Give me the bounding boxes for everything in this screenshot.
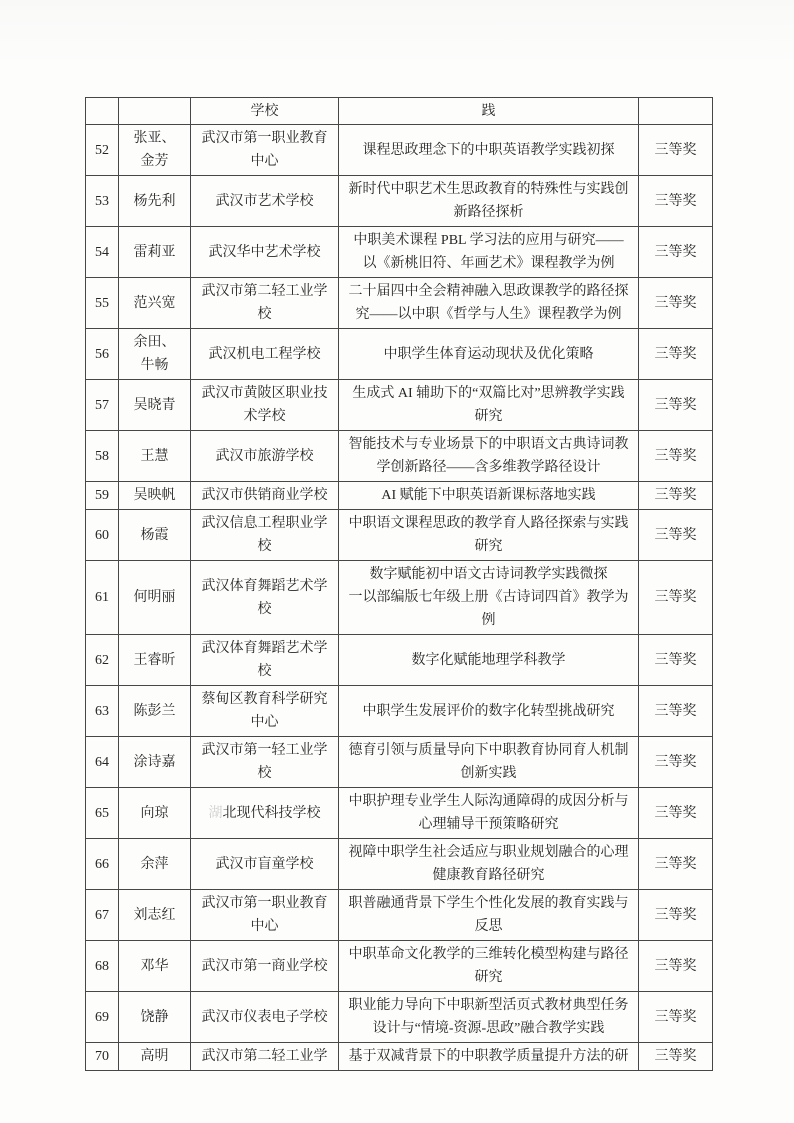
- title-cell: 职业能力导向下中职新型活页式教材典型任务设计与“情境-资源-思政”融合教学实践: [339, 992, 639, 1043]
- table-row: 63陈彭兰蔡甸区教育科学研究中心中职学生发展评价的数字化转型挑战研究三等奖: [86, 686, 713, 737]
- name-cell: 余萍: [119, 839, 191, 890]
- row-number-cell: 59: [86, 482, 119, 510]
- title-cell: 中职学生发展评价的数字化转型挑战研究: [339, 686, 639, 737]
- name-cell: 饶静: [119, 992, 191, 1043]
- row-number-cell: 70: [86, 1043, 119, 1071]
- name-cell: 何明丽: [119, 561, 191, 635]
- table-row: 53杨先利武汉市艺术学校新时代中职艺术生思政教育的特殊性与实践创新路径探析三等奖: [86, 176, 713, 227]
- title-cell: 中职护理专业学生人际沟通障碍的成因分析与心理辅导干预策略研究: [339, 788, 639, 839]
- table-row: 52张亚、金芳武汉市第一职业教育中心课程思政理念下的中职英语教学实践初探三等奖: [86, 125, 713, 176]
- award-cell: 三等奖: [639, 125, 713, 176]
- title-cell: 课程思政理念下的中职英语教学实践初探: [339, 125, 639, 176]
- award-cell: 三等奖: [639, 839, 713, 890]
- school-cell: 武汉市第二轻工业学校: [191, 278, 339, 329]
- name-cell: 王慧: [119, 431, 191, 482]
- table-row: 59吴映帆武汉市供销商业学校AI 赋能下中职英语新课标落地实践三等奖: [86, 482, 713, 510]
- award-cell: 三等奖: [639, 561, 713, 635]
- name-cell: 杨先利: [119, 176, 191, 227]
- title-cell: 基于双减背景下的中职教学质量提升方法的研: [339, 1043, 639, 1071]
- table-row: 67刘志红武汉市第一职业教育中心职普融通背景下学生个性化发展的教育实践与反思三等…: [86, 890, 713, 941]
- faded-character: 湖: [209, 806, 223, 821]
- name-cell: 向琼: [119, 788, 191, 839]
- name-cell: 邓华: [119, 941, 191, 992]
- row-number-cell: 58: [86, 431, 119, 482]
- row-number-cell: 57: [86, 380, 119, 431]
- table-row: 56余田、牛畅武汉机电工程学校中职学生体育运动现状及优化策略三等奖: [86, 329, 713, 380]
- school-cell: 武汉体育舞蹈艺术学校: [191, 635, 339, 686]
- name-cell: 范兴宽: [119, 278, 191, 329]
- school-cell: 武汉市第一商业学校: [191, 941, 339, 992]
- table-row: 64涂诗嘉武汉市第一轻工业学校德育引领与质量导向下中职教育协同育人机制创新实践三…: [86, 737, 713, 788]
- name-cell: 杨霞: [119, 510, 191, 561]
- award-cell: 三等奖: [639, 329, 713, 380]
- row-number-cell: 60: [86, 510, 119, 561]
- school-cell: 武汉市黄陂区职业技术学校: [191, 380, 339, 431]
- school-cell: 武汉机电工程学校: [191, 329, 339, 380]
- award-cell: 三等奖: [639, 737, 713, 788]
- row-number-cell: 69: [86, 992, 119, 1043]
- column-header-name: [119, 98, 191, 125]
- awards-table: 学校 践 52张亚、金芳武汉市第一职业教育中心课程思政理念下的中职英语教学实践初…: [85, 97, 713, 1071]
- title-cell: 智能技术与专业场景下的中职语文古典诗词教学创新路径——含多维教学路径设计: [339, 431, 639, 482]
- table-row: 55范兴宽武汉市第二轻工业学校二十届四中全会精神融入思政课教学的路径探究——以中…: [86, 278, 713, 329]
- school-cell: 武汉市第一职业教育中心: [191, 125, 339, 176]
- award-cell: 三等奖: [639, 992, 713, 1043]
- row-number-cell: 65: [86, 788, 119, 839]
- award-cell: 三等奖: [639, 278, 713, 329]
- header-row: 学校 践: [86, 98, 713, 125]
- school-cell: 武汉市仪表电子学校: [191, 992, 339, 1043]
- school-cell: 武汉市供销商业学校: [191, 482, 339, 510]
- table-row: 58王慧武汉市旅游学校智能技术与专业场景下的中职语文古典诗词教学创新路径——含多…: [86, 431, 713, 482]
- school-cell: 湖北现代科技学校: [191, 788, 339, 839]
- row-number-cell: 56: [86, 329, 119, 380]
- award-cell: 三等奖: [639, 431, 713, 482]
- award-cell: 三等奖: [639, 788, 713, 839]
- school-cell: 武汉市艺术学校: [191, 176, 339, 227]
- title-cell: 二十届四中全会精神融入思政课教学的路径探究——以中职《哲学与人生》课程教学为例: [339, 278, 639, 329]
- title-cell: 视障中职学生社会适应与职业规划融合的心理健康教育路径研究: [339, 839, 639, 890]
- school-cell: 武汉市第一职业教育中心: [191, 890, 339, 941]
- award-cell: 三等奖: [639, 482, 713, 510]
- name-cell: 高明: [119, 1043, 191, 1071]
- title-cell: 新时代中职艺术生思政教育的特殊性与实践创新路径探析: [339, 176, 639, 227]
- title-cell: 德育引领与质量导向下中职教育协同育人机制创新实践: [339, 737, 639, 788]
- school-cell: 蔡甸区教育科学研究中心: [191, 686, 339, 737]
- name-cell: 刘志红: [119, 890, 191, 941]
- name-cell: 涂诗嘉: [119, 737, 191, 788]
- award-cell: 三等奖: [639, 635, 713, 686]
- name-cell: 吴晓青: [119, 380, 191, 431]
- school-cell: 武汉华中艺术学校: [191, 227, 339, 278]
- award-cell: 三等奖: [639, 176, 713, 227]
- row-number-cell: 64: [86, 737, 119, 788]
- name-cell: 余田、牛畅: [119, 329, 191, 380]
- school-cell: 武汉市旅游学校: [191, 431, 339, 482]
- award-cell: 三等奖: [639, 890, 713, 941]
- table-row: 57吴晓青武汉市黄陂区职业技术学校生成式 AI 辅助下的“双篇比对”思辨教学实践…: [86, 380, 713, 431]
- table-row: 68邓华武汉市第一商业学校中职革命文化教学的三维转化模型构建与路径研究三等奖: [86, 941, 713, 992]
- school-cell: 武汉市盲童学校: [191, 839, 339, 890]
- row-number-cell: 52: [86, 125, 119, 176]
- row-number-cell: 53: [86, 176, 119, 227]
- row-number-cell: 54: [86, 227, 119, 278]
- title-cell: 中职革命文化教学的三维转化模型构建与路径研究: [339, 941, 639, 992]
- row-number-cell: 68: [86, 941, 119, 992]
- award-cell: 三等奖: [639, 510, 713, 561]
- row-number-cell: 67: [86, 890, 119, 941]
- name-cell: 王睿昕: [119, 635, 191, 686]
- award-cell: 三等奖: [639, 686, 713, 737]
- table-row: 61何明丽武汉体育舞蹈艺术学校数字赋能初中语文古诗词教学实践微探 一以部编版七年…: [86, 561, 713, 635]
- row-number-cell: 66: [86, 839, 119, 890]
- award-cell: 三等奖: [639, 1043, 713, 1071]
- awards-table-container: 学校 践 52张亚、金芳武汉市第一职业教育中心课程思政理念下的中职英语教学实践初…: [85, 97, 713, 1071]
- title-cell: 数字化赋能地理学科教学: [339, 635, 639, 686]
- table-row: 60杨霞武汉信息工程职业学校中职语文课程思政的教学育人路径探索与实践研究三等奖: [86, 510, 713, 561]
- award-cell: 三等奖: [639, 941, 713, 992]
- column-header-school: 学校: [191, 98, 339, 125]
- table-body: 52张亚、金芳武汉市第一职业教育中心课程思政理念下的中职英语教学实践初探三等奖5…: [86, 125, 713, 1071]
- row-number-cell: 55: [86, 278, 119, 329]
- table-row: 62王睿昕武汉体育舞蹈艺术学校数字化赋能地理学科教学三等奖: [86, 635, 713, 686]
- school-cell: 武汉信息工程职业学校: [191, 510, 339, 561]
- award-cell: 三等奖: [639, 227, 713, 278]
- table-row: 69饶静武汉市仪表电子学校职业能力导向下中职新型活页式教材典型任务设计与“情境-…: [86, 992, 713, 1043]
- name-cell: 雷莉亚: [119, 227, 191, 278]
- title-cell: 职普融通背景下学生个性化发展的教育实践与反思: [339, 890, 639, 941]
- document-page: 学校 践 52张亚、金芳武汉市第一职业教育中心课程思政理念下的中职英语教学实践初…: [0, 0, 794, 1123]
- row-number-cell: 63: [86, 686, 119, 737]
- title-cell: 生成式 AI 辅助下的“双篇比对”思辨教学实践研究: [339, 380, 639, 431]
- table-row: 65向琼湖北现代科技学校中职护理专业学生人际沟通障碍的成因分析与心理辅导干预策略…: [86, 788, 713, 839]
- column-header-award: [639, 98, 713, 125]
- row-number-cell: 62: [86, 635, 119, 686]
- column-header-number: [86, 98, 119, 125]
- title-cell: 中职学生体育运动现状及优化策略: [339, 329, 639, 380]
- award-cell: 三等奖: [639, 380, 713, 431]
- school-cell: 武汉体育舞蹈艺术学校: [191, 561, 339, 635]
- school-cell: 武汉市第二轻工业学: [191, 1043, 339, 1071]
- table-header: 学校 践: [86, 98, 713, 125]
- table-row: 70高明武汉市第二轻工业学基于双减背景下的中职教学质量提升方法的研三等奖: [86, 1043, 713, 1071]
- title-cell: AI 赋能下中职英语新课标落地实践: [339, 482, 639, 510]
- table-row: 66余萍武汉市盲童学校视障中职学生社会适应与职业规划融合的心理健康教育路径研究三…: [86, 839, 713, 890]
- table-row: 54雷莉亚武汉华中艺术学校中职美术课程 PBL 学习法的应用与研究——以《新桃旧…: [86, 227, 713, 278]
- name-cell: 陈彭兰: [119, 686, 191, 737]
- title-cell: 中职美术课程 PBL 学习法的应用与研究——以《新桃旧符、年画艺术》课程教学为例: [339, 227, 639, 278]
- name-cell: 吴映帆: [119, 482, 191, 510]
- row-number-cell: 61: [86, 561, 119, 635]
- school-cell: 武汉市第一轻工业学校: [191, 737, 339, 788]
- title-cell: 中职语文课程思政的教学育人路径探索与实践研究: [339, 510, 639, 561]
- name-cell: 张亚、金芳: [119, 125, 191, 176]
- column-header-title: 践: [339, 98, 639, 125]
- title-cell: 数字赋能初中语文古诗词教学实践微探 一以部编版七年级上册《古诗词四首》教学为例: [339, 561, 639, 635]
